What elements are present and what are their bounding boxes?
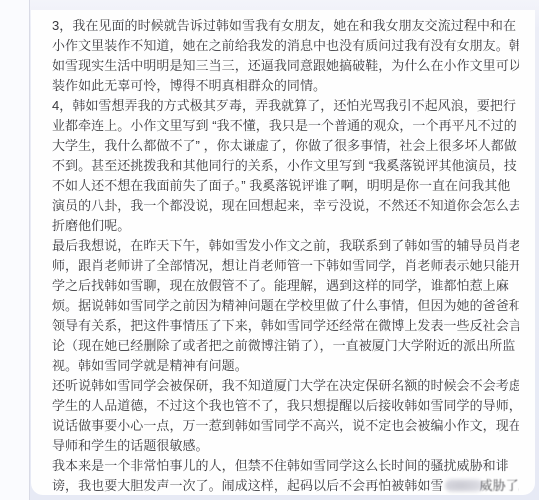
- text-line: 不到。甚至还挑拨我和其他同行的关系，小作文里写到 “我奚落锐评其他演员，技: [52, 156, 519, 176]
- text-line: 导师和学生的话题很敏感。: [52, 436, 519, 456]
- text-line: 如雪现实生活中明明是知三当三，还逼我同意跟她搞破鞋，为什么在小作文里可以: [52, 56, 519, 76]
- text-line: 烦。据说韩如雪同学之前因为精神问题在学校里做了什么事情，但因为她的爸爸和: [52, 296, 519, 316]
- text-line: 演员的八卦，我一个都没说，现在回想起来，幸亏没说，不然还不知道你会怎么去: [52, 196, 519, 216]
- page-background: 3，我在见面的时候就告诉过韩如雪我有女朋友，她在和我女朋友交流过程中和在小作文里…: [0, 0, 539, 500]
- text-line: 装作如此无辜可怜，博得不明真相群众的同情。: [52, 76, 519, 96]
- post-text-card: 3，我在见面的时候就告诉过韩如雪我有女朋友，她在和我女朋友交流过程中和在小作文里…: [31, 10, 535, 495]
- text-line: 说话做事要小心一点，万一惹到韩如雪同学不高兴，说不定也会被编小作文，现在: [52, 416, 519, 436]
- text-line: 视。韩如雪同学就是精神有问题。: [52, 356, 519, 376]
- post-body: 3，我在见面的时候就告诉过韩如雪我有女朋友，她在和我女朋友交流过程中和在小作文里…: [31, 10, 535, 495]
- left-page-margin: [0, 0, 30, 500]
- text-line: 业都牵连上。小作文里写到 “我不懂，我只是一个普通的观众，一个再平凡不过的: [52, 116, 519, 136]
- text-line: 4，韩如雪想弄我的方式极其歹毒，弄我就算了，还怕光骂我引不起风浪，要把行: [52, 96, 519, 116]
- text-line: 3，我在见面的时候就告诉过韩如雪我有女朋友，她在和我女朋友交流过程中和在: [52, 16, 519, 36]
- text-line-final: 谤，我也要大胆发声一次了。闹成这样，起码以后不会再怕被韩如雪威胁了。: [52, 476, 519, 495]
- text-line: 师，跟肖老师讲了全部情况，想让肖老师管一下韩如雪同学，肖老师表示她只能开: [52, 256, 519, 276]
- text-line: 不如人还不想在我面前失了面子。” 我奚落锐评谁了啊，明明是你一直在问我其他: [52, 176, 519, 196]
- text-line: 领导有关系，把这件事情压了下来，韩如雪同学还经常在微博上发表一些反社会言: [52, 316, 519, 336]
- final-line-after-censor: 威胁了。: [480, 478, 519, 493]
- mosaic-censor-patch: [445, 479, 483, 492]
- text-line: 学生的人品道德，不过这个我也管不了，我只想提醒以后接收韩如雪同学的导师，: [52, 396, 519, 416]
- text-line: 还听说韩如雪同学会被保研，我不知道厦门大学在决定保研名额的时候会不会考虑: [52, 376, 519, 396]
- text-line: 小作文里装作不知道，她在之前给我发的消息中也没有质问过我有没有女朋友。韩: [52, 36, 519, 56]
- text-line: 大学生，我什么都做不了” ，你太谦虚了，你做了很多事情，社会上很多坏人都做: [52, 136, 519, 156]
- text-line: 学之后找韩如雪聊，现在放假管不了。能理解，遇到这样的同学，谁都怕惹上麻: [52, 276, 519, 296]
- text-line: 最后我想说，在昨天下午，韩如雪发小作文之前，我联系到了韩如雪的辅导员肖老: [52, 236, 519, 256]
- final-line-before-censor: 谤，我也要大胆发声一次了。闹成这样，起码以后不会再怕被韩如雪: [52, 478, 444, 493]
- screenshot-root: { "page": { "outer_background": "#e9ecf6…: [0, 0, 539, 500]
- text-line: 折磨他们呢。: [52, 216, 519, 236]
- text-lines: 3，我在见面的时候就告诉过韩如雪我有女朋友，她在和我女朋友交流过程中和在小作文里…: [52, 16, 519, 476]
- text-line: 我本来是一个非常怕事儿的人，但禁不住韩如雪同学这么长时间的骚扰威胁和诽: [52, 456, 519, 476]
- text-line: 论（现在她已经删除了或者把之前微博注销了），一直被厦门大学附近的派出所监: [52, 336, 519, 356]
